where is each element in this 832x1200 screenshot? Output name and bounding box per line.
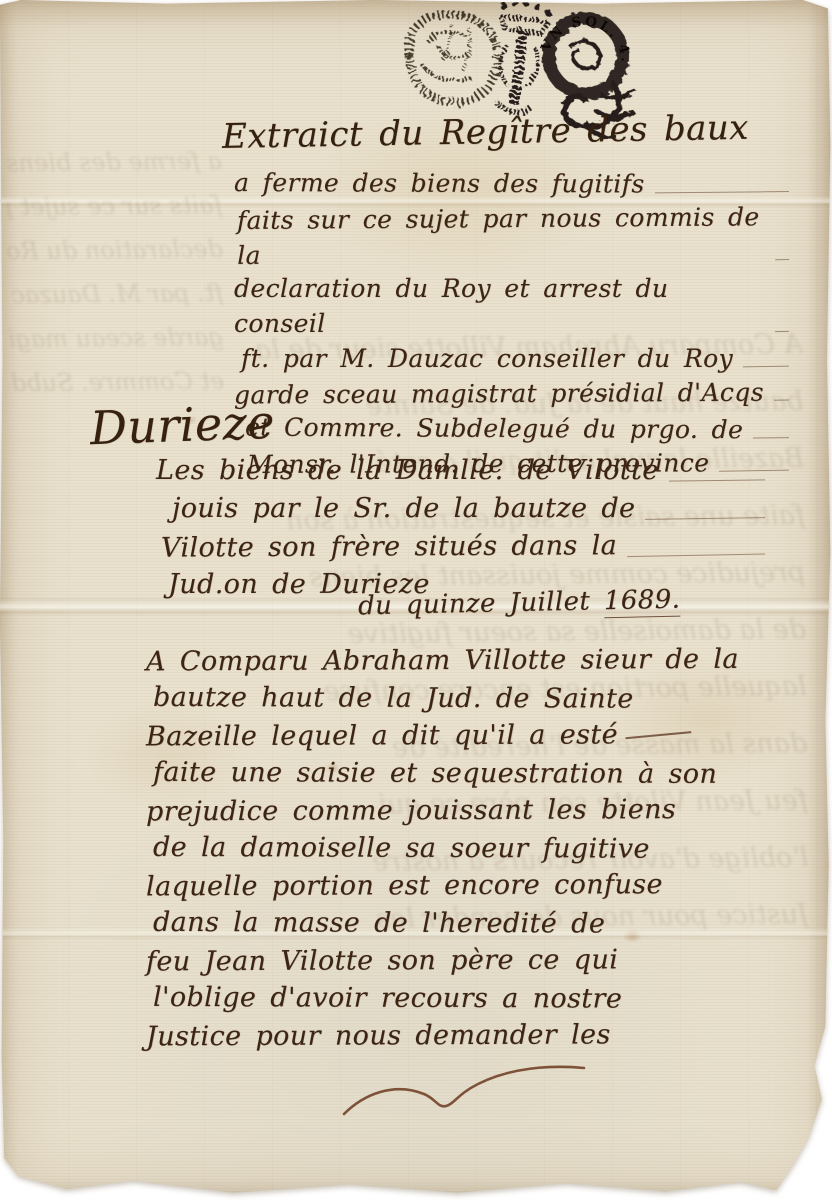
manuscript-title-line: Extraict du Regître des baux: [222, 107, 789, 157]
pen-flourish-icon: [336, 1056, 646, 1122]
manuscript-line: Les biens de la Damlle. de Vilotte: [156, 452, 768, 490]
entry-heading: Durieze: [89, 395, 275, 455]
manuscript-line: l'oblige d'avoir recours a nostre: [153, 978, 786, 1018]
manuscript-entry-block: Les biens de la Damlle. de Vilottejouis …: [156, 452, 768, 604]
manuscript-line: faite une saisie et sequestration à son: [153, 753, 786, 793]
pen-tick-mark: ʼ: [600, 390, 608, 418]
paper-wrapper: a ferme des biens des fugitifsfaits sur …: [0, 0, 832, 1200]
manuscript-line: dans la masse de l'heredité de: [153, 903, 786, 943]
manuscript-intro-block: a ferme des biens des fugitifsfaits sur …: [234, 166, 792, 481]
manuscript-line: et Commre. Subdelegué du prgo. de: [245, 410, 792, 448]
manuscript-line: a ferme des biens des fugitifs: [234, 165, 792, 202]
manuscript-body-block: A Comparu Abraham Villotte sieur de laba…: [146, 642, 786, 1055]
manuscript-line: jouis par le Sr. de la bautze de: [172, 490, 768, 528]
date-text: du quinze Juillet: [358, 586, 604, 621]
manuscript-line: de la damoiselle sa soeur fugitive: [153, 828, 786, 868]
ink-bleedthrough: a ferme des biens des fugitifsfaits sur …: [7, 139, 225, 401]
manuscript-line: faits sur ce sujet par nous commis de la: [237, 199, 792, 273]
entry-date-line: du quinze Juillet 1689.: [358, 585, 681, 622]
manuscript-line: Vilotte son frère situés dans la: [161, 526, 768, 567]
manuscript-line: ft. par M. Dauzac conseiller du Roy: [241, 341, 792, 376]
stamp-band-text: VN SOL. 4. D.: [378, 0, 642, 67]
stamp-left-cartouche: [403, 9, 503, 107]
manuscript-line: feu Jean Vilotte son père ce qui: [146, 941, 786, 981]
manuscript-line: Justice pour nous demander les: [146, 1016, 786, 1056]
scanned-document-page: a ferme des biens des fugitifsfaits sur …: [0, 0, 832, 1200]
manuscript-line: garde sceau magistrat présidial d'Acqs: [234, 375, 792, 413]
manuscript-line: declaration du Roy et arrest du conseil: [234, 271, 792, 341]
paper-sheet: a ferme des biens des fugitifsfaits sur …: [0, 0, 832, 1200]
manuscript-line: laquelle portion est encore confuse: [146, 866, 786, 906]
manuscript-line: A Comparu Abraham Villotte sieur de la: [146, 641, 786, 681]
manuscript-line: Bazeille lequel a dit qu'il a esté: [146, 716, 786, 756]
manuscript-line: bautze haut de la Jud. de Sainte: [153, 678, 786, 718]
manuscript-line: prejudice comme jouissant les biens: [146, 791, 786, 831]
date-year-underlined: 1689.: [604, 585, 681, 619]
svg-text:VN SOL. 4. D.: VN SOL. 4. D.: [378, 0, 642, 67]
